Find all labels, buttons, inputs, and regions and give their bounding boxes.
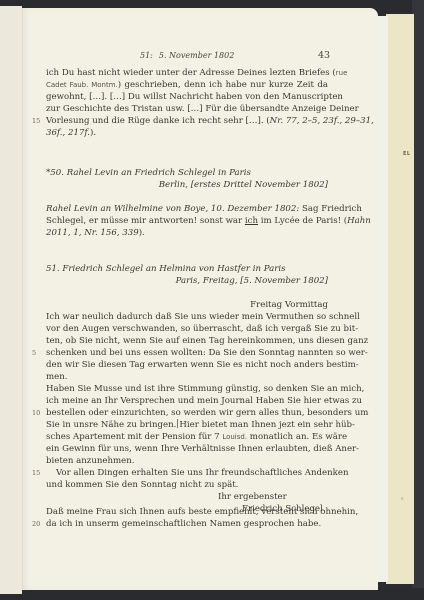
- intro-line-3: gewohnt, […]. […] Du willst Nachricht ha…: [46, 91, 328, 103]
- running-head-date: 5. November 1802: [159, 51, 234, 60]
- intro-line-2: Cadet Faub. Montm.) geschrieben, denn ic…: [46, 79, 328, 91]
- intro-line-6: 36f., 217f.).: [46, 127, 328, 139]
- body-line-4: 5schenken und bei uns essen wollten: Da …: [46, 347, 328, 359]
- letter-51-heading: 51. Friedrich Schlegel an Helmina von Ha…: [46, 263, 328, 275]
- line-number-10: 10: [32, 407, 40, 419]
- letter-50-source-line-3: 2011, 1, Nr. 156, 339).: [46, 227, 328, 239]
- postscript-line-1: Daß meine Frau sich Ihnen aufs beste emp…: [46, 506, 328, 518]
- letter-50-source-line-1: Rahel Levin an Wilhelmine von Boye, 10. …: [46, 203, 328, 215]
- letter-51-postscript: Daß meine Frau sich Ihnen aufs beste emp…: [46, 506, 328, 530]
- letter-51-place-date: Paris, Freitag, [5. November 1802]: [46, 275, 328, 287]
- body-line-13: bieten anzunehmen.: [46, 455, 328, 467]
- line-number-15: 15: [32, 115, 40, 127]
- intro-block: ich Du hast nicht wieder unter der Adres…: [46, 67, 328, 139]
- letter-51-body: Freitag Vormittag Ich war neulich dadurc…: [46, 299, 328, 515]
- body-line-3: ten, ob Sie nicht, wenn Sie auf einen Ta…: [46, 335, 328, 347]
- letter-50-heading: *50. Rahel Levin an Friedrich Schlegel i…: [46, 167, 328, 179]
- body-line-11: sches Apartement mit der Pension für 7 L…: [46, 431, 328, 443]
- running-head-letter-number: 51:: [140, 51, 153, 60]
- letter-51-closing: Ihr ergebenster: [46, 491, 328, 503]
- body-line-7: Haben Sie Musse und ist ihre Stimmung gü…: [46, 383, 328, 395]
- intro-line-5: 15Vorlesung und die Rüge danke ich recht…: [46, 115, 328, 127]
- cover-mark: EL: [403, 151, 411, 157]
- gutter-shadow: [22, 8, 24, 590]
- previous-page-edge: [0, 6, 22, 594]
- body-line-10: Sie in unsre Nähe zu bringen.Hier bietet…: [46, 419, 328, 431]
- body-line-2: vor den Augen verschwanden, so überrasch…: [46, 323, 328, 335]
- book-cover-edge: [386, 14, 414, 584]
- body-line-1: Ich war neulich dadurch daß Sie uns wied…: [46, 311, 328, 323]
- intro-line-1: ich Du hast nicht wieder unter der Adres…: [46, 67, 328, 79]
- intro-line-4: zur Geschichte des Tristan usw. […] Für …: [46, 103, 328, 115]
- body-line-6: men.: [46, 371, 328, 383]
- letter-50-source: Rahel Levin an Wilhelmine von Boye, 10. …: [46, 203, 328, 239]
- body-line-14: 15Vor allen Dingen erhalten Sie uns Ihr …: [46, 467, 328, 479]
- line-number-20: 20: [32, 518, 40, 530]
- letter-50: *50. Rahel Levin an Friedrich Schlegel i…: [46, 167, 328, 191]
- running-head: 51:5. November 1802: [140, 51, 234, 60]
- letter-50-source-line-2: Schlegel, er müsse mir antworten! sonst …: [46, 215, 328, 227]
- line-number-15b: 15: [32, 467, 40, 479]
- body-line-9: 10bestellen oder einzurichten, so werden…: [46, 407, 328, 419]
- line-number-5: 5: [32, 347, 36, 359]
- body-line-8: ich meine an Ihr Versprechen und mein Jo…: [46, 395, 328, 407]
- body-line-15: und kommen Sie den Sonntag nicht zu spät…: [46, 479, 328, 491]
- letter-51-dateline: Freitag Vormittag: [46, 299, 328, 311]
- body-line-12: ein Gewinn für uns, wenn Ihre Verhältnis…: [46, 443, 328, 455]
- body-line-5: den wir Sie diesen Tag erwarten wenn Sie…: [46, 359, 328, 371]
- letter-50-place-date: Berlin, [erstes Drittel November 1802]: [46, 179, 328, 191]
- page-number: 43: [318, 50, 330, 61]
- letter-51-header: 51. Friedrich Schlegel an Helmina von Ha…: [46, 263, 328, 287]
- postscript-line-2: 20da ich in unserm gemeinschaftlichen Na…: [46, 518, 328, 530]
- cover-mark-bottom: n: [401, 496, 404, 501]
